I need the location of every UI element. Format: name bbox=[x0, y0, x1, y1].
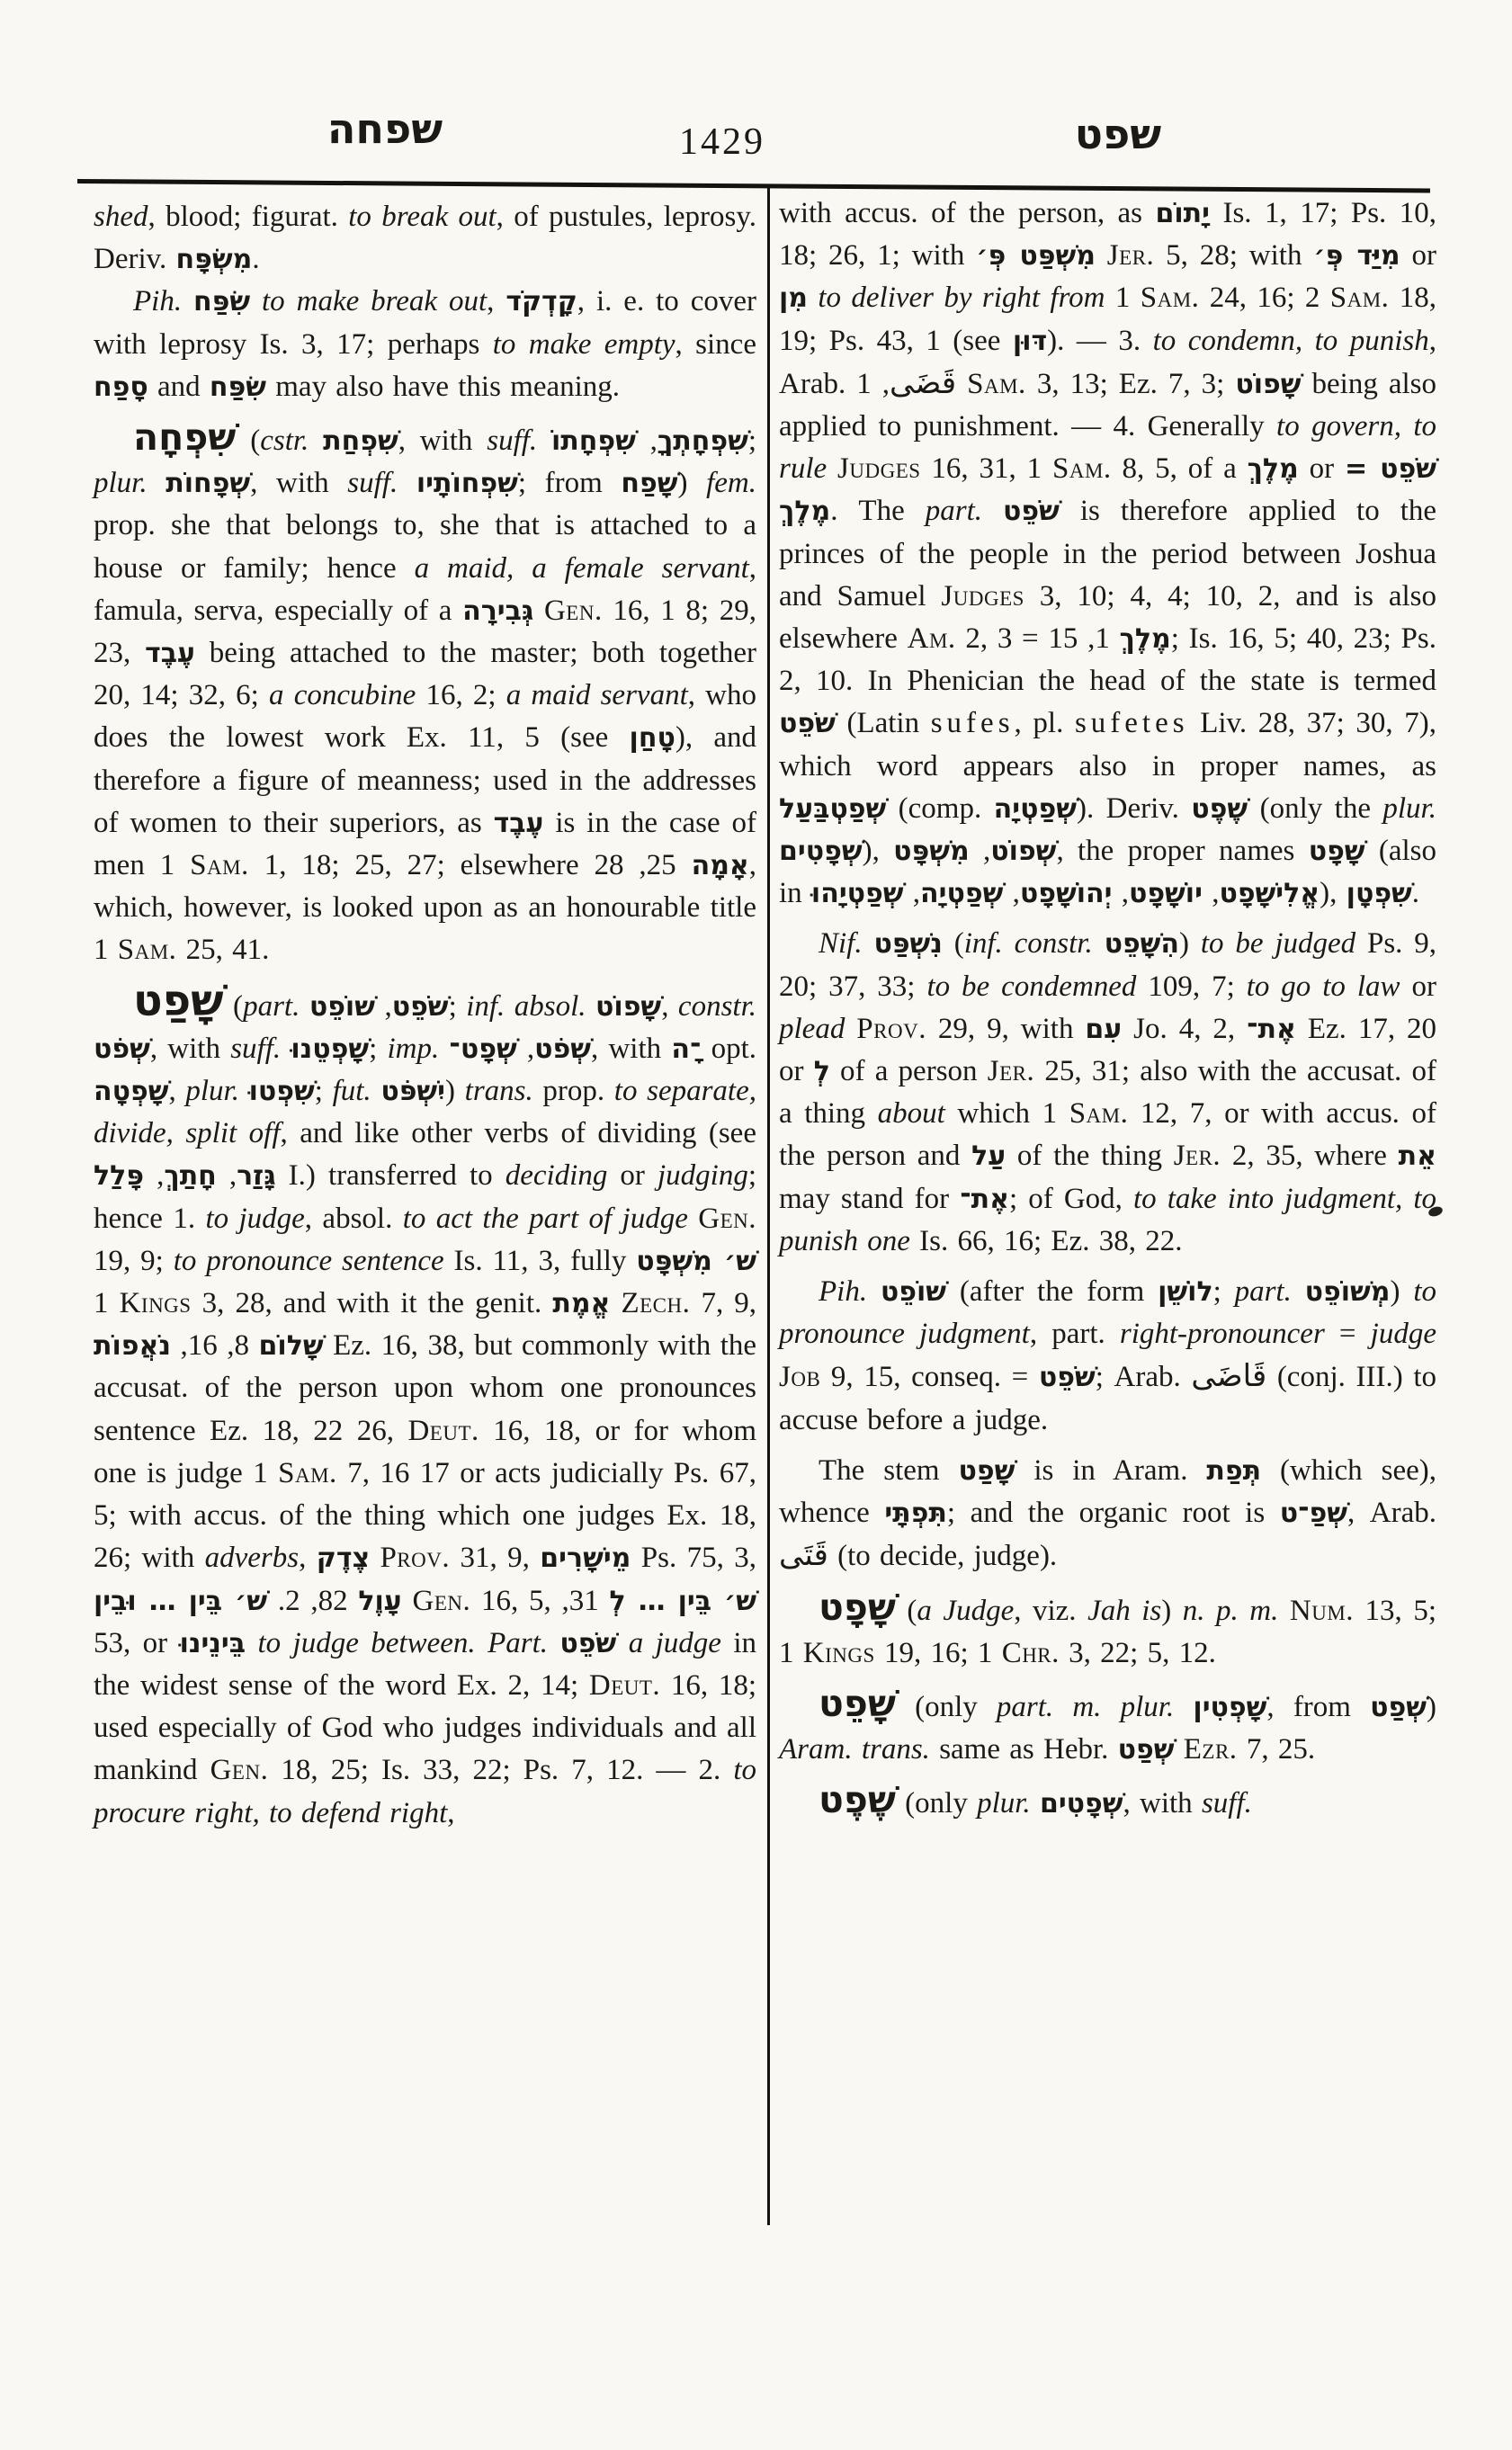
text-run: (comp. bbox=[886, 792, 993, 825]
hebrew-text: שְׁפֹט bbox=[534, 1033, 591, 1065]
hebrew-text: שׁ׳ בֵּין … לְ bbox=[610, 1586, 757, 1617]
italic-text: to deliver by right from bbox=[818, 282, 1105, 314]
hebrew-headword: שָׁפַט bbox=[133, 976, 224, 1026]
text-run: ) bbox=[1427, 1691, 1436, 1723]
hebrew-text: עַל bbox=[971, 1140, 1006, 1172]
hebrew-text: יוֹשָׁפָט bbox=[1129, 878, 1203, 909]
hebrew-text: טָחַן bbox=[630, 722, 675, 754]
hebrew-text: צֶדֶק bbox=[317, 1542, 370, 1574]
italic-text: judge bbox=[1371, 1318, 1436, 1350]
text-run: 25, 41. bbox=[176, 934, 269, 966]
text-run bbox=[982, 495, 1003, 527]
hebrew-text: גְּבִירָה bbox=[462, 595, 533, 627]
book-abbrev: Ezr. bbox=[1184, 1733, 1238, 1766]
page-number: 1429 bbox=[628, 121, 817, 164]
text-run: ( bbox=[224, 990, 243, 1023]
text-run bbox=[239, 1075, 249, 1107]
book-abbrev: Gen. bbox=[698, 1203, 756, 1235]
text-run: or bbox=[1299, 452, 1345, 485]
hebrew-text: שָׁפַח bbox=[621, 468, 677, 499]
italic-text: shed bbox=[94, 201, 148, 233]
hebrew-text: שִׁפְטוּ bbox=[249, 1076, 315, 1107]
text-run bbox=[309, 425, 323, 457]
book-abbrev: Prov. bbox=[856, 1013, 926, 1045]
hebrew-text: מִשְׁפַּט פְּ׳ bbox=[976, 240, 1096, 272]
book-abbrev: Kings bbox=[120, 1287, 192, 1319]
text-run: Is. 66, 16; Ez. 38, 22. bbox=[910, 1225, 1183, 1257]
hebrew-text: עָוֶל bbox=[358, 1586, 401, 1617]
hebrew-text: שִׁפְחַת bbox=[323, 425, 398, 457]
text-run: , bbox=[636, 425, 658, 457]
book-abbrev: Sam. bbox=[1141, 282, 1200, 314]
paragraph: Pih. שִׂפַּח to make break out, קָדְקֹד,… bbox=[94, 281, 756, 408]
text-run bbox=[371, 1075, 381, 1107]
text-run: 1 bbox=[1105, 282, 1141, 314]
hebrew-text: שֹׁפֵט bbox=[1039, 1362, 1096, 1393]
text-run: ; of God, bbox=[1009, 1183, 1133, 1215]
italic-text: plead bbox=[779, 1013, 845, 1045]
hebrew-text: אָמָה bbox=[692, 850, 749, 881]
text-run bbox=[586, 990, 595, 1023]
left-column: shed, blood; figurat. to break out, of p… bbox=[94, 196, 756, 1835]
hebrew-text: שְׁפַטְבַּעַל bbox=[779, 793, 886, 825]
paragraph: שֶׁפֶט (only plur. שְׁפָטִים, with suff. bbox=[779, 1779, 1436, 1825]
text-run: ; Arab. bbox=[1096, 1361, 1192, 1393]
text-run: 16, 31, 1 bbox=[921, 452, 1052, 485]
text-run: ( bbox=[896, 1595, 917, 1627]
text-run: ; bbox=[449, 990, 467, 1023]
book-abbrev: Deut. bbox=[589, 1669, 660, 1702]
hebrew-text: יִשְׁפֹּט bbox=[380, 1076, 445, 1107]
text-run bbox=[616, 1627, 628, 1659]
arabic-text: قَضَى bbox=[890, 365, 956, 401]
italic-text: adverbs bbox=[205, 1542, 299, 1574]
text-run: ; and the organic root is bbox=[947, 1497, 1280, 1529]
header-hebrew-word-right: שפט bbox=[1024, 110, 1212, 158]
italic-text: part. bbox=[243, 990, 300, 1023]
text-run: is in Aram. bbox=[1015, 1454, 1206, 1487]
book-abbrev: Job bbox=[779, 1361, 820, 1393]
hebrew-text: לְ bbox=[814, 1056, 830, 1087]
italic-text: to be condemned bbox=[926, 970, 1136, 1003]
hebrew-text: שְׁפוֹט bbox=[990, 836, 1056, 867]
text-run: Jo. 4, 2, bbox=[1122, 1013, 1247, 1045]
text-run bbox=[1096, 239, 1107, 272]
hebrew-text: נִשְׁפַּט bbox=[873, 928, 942, 960]
text-run: may also have this meaning. bbox=[266, 371, 620, 403]
text-run bbox=[246, 1627, 257, 1659]
text-run: , bbox=[217, 1159, 237, 1192]
hebrew-text: אֵת bbox=[1399, 1140, 1436, 1172]
text-run: , since bbox=[675, 328, 756, 361]
hebrew-text: שִׂפַּח bbox=[193, 286, 250, 317]
italic-text: plur. bbox=[94, 467, 148, 499]
hebrew-text: מֵישָׁרִים bbox=[540, 1542, 631, 1574]
hebrew-text: שְׁפַטְיָה bbox=[994, 793, 1077, 825]
italic-text: n. p. m. bbox=[1183, 1595, 1279, 1627]
text-run: of the thing bbox=[1006, 1140, 1174, 1172]
italic-text: to act the part of judge bbox=[403, 1203, 688, 1235]
text-run: (only bbox=[896, 1787, 977, 1820]
book-abbrev: Sam. bbox=[278, 1457, 337, 1489]
text-run: The stem bbox=[819, 1454, 959, 1487]
text-run bbox=[1031, 1787, 1040, 1820]
hebrew-text: שִׁפְחוֹתָיו bbox=[416, 468, 518, 499]
text-run: (to decide, judge). bbox=[828, 1540, 1057, 1572]
header-rule bbox=[77, 179, 1430, 192]
italic-text: to go to law bbox=[1247, 970, 1400, 1003]
text-run: , part. bbox=[1030, 1318, 1120, 1350]
paragraph: Nif. נִשְׁפַּט (inf. constr. הִשָּׁפֵט) … bbox=[779, 923, 1436, 1263]
text-run: , with bbox=[591, 1033, 671, 1065]
italic-text: Nif. bbox=[819, 927, 873, 960]
text-run: , pl. bbox=[1015, 707, 1075, 739]
italic-text: plur. bbox=[1382, 792, 1436, 825]
italic-text: suff. bbox=[1202, 1787, 1252, 1820]
text-run: Ps. 75, 3, bbox=[631, 1542, 756, 1574]
book-abbrev: Deut. bbox=[407, 1415, 479, 1447]
italic-text: to judge bbox=[205, 1203, 304, 1235]
paragraph: שָׁפֵט (only part. m. plur. שָׁפְטִין, f… bbox=[779, 1683, 1436, 1771]
hebrew-text: בֵּינֵינוּ bbox=[180, 1628, 246, 1659]
hebrew-text: גָּזַר bbox=[237, 1160, 275, 1192]
text-run bbox=[548, 1627, 559, 1659]
hebrew-text: שְׁפַ־ט bbox=[1280, 1498, 1347, 1529]
italic-text: Aram. trans. bbox=[779, 1733, 930, 1766]
text-run: with accus. of the person, as bbox=[779, 197, 1155, 229]
text-run: same as Hebr. bbox=[930, 1733, 1118, 1766]
text-run: , the proper names bbox=[1056, 835, 1308, 867]
italic-text: suff. bbox=[347, 467, 398, 499]
text-run: , bbox=[517, 1033, 534, 1065]
hebrew-text: נֹאֲפוֹת bbox=[94, 1330, 171, 1362]
text-run: which 1 bbox=[945, 1097, 1069, 1130]
text-run bbox=[1174, 1691, 1193, 1723]
hebrew-text: שִׁפְטָן bbox=[1346, 878, 1412, 909]
hebrew-text: אֱמֶת bbox=[552, 1288, 610, 1319]
hebrew-text: סָפַח bbox=[94, 371, 148, 403]
text-run bbox=[300, 990, 309, 1023]
hebrew-headword: שָׁפֵט bbox=[819, 1682, 896, 1725]
paragraph: Pih. שׁוֹפֵט (after the form לוֹשֵׁן; pa… bbox=[779, 1271, 1436, 1442]
text-run bbox=[476, 1627, 488, 1659]
italic-text: a maid servant bbox=[506, 679, 688, 711]
text-run: ( bbox=[236, 425, 260, 457]
text-run: ; bbox=[369, 1033, 387, 1065]
italic-text: to make break out bbox=[262, 285, 487, 317]
hebrew-text: דּוּן bbox=[1013, 326, 1047, 357]
text-run: , and like other verbs of dividing (see bbox=[280, 1117, 756, 1149]
book-abbrev: Sam. bbox=[190, 849, 249, 881]
text-run: 7, 9, bbox=[690, 1287, 756, 1319]
text-run: or bbox=[1400, 239, 1436, 272]
text-run: 3, 22; 5, 12. bbox=[1060, 1637, 1216, 1669]
hebrew-headword: שָׁפָט bbox=[819, 1586, 896, 1629]
book-abbrev: Jer. bbox=[988, 1055, 1034, 1087]
hebrew-text: שִׁפְחָתוֹ bbox=[551, 425, 636, 457]
text-run: ), bbox=[863, 835, 894, 867]
text-run: 8, 5, of a bbox=[1112, 452, 1248, 485]
arabic-text: قَتَى bbox=[779, 1537, 828, 1573]
paragraph: שָׁפָט (a Judge, viz. Jah is) n. p. m. N… bbox=[779, 1587, 1436, 1675]
italic-text: Part. bbox=[488, 1627, 548, 1659]
paragraph: שִׁפְחָה (cstr. שִׁפְחַת, with suff. שִׁ… bbox=[94, 416, 756, 972]
text-run: , from bbox=[1266, 1691, 1370, 1723]
text-run: 31, 9, bbox=[450, 1542, 540, 1574]
text-run: 16, 2; bbox=[416, 679, 505, 711]
hebrew-text: שָׁלוֹם bbox=[259, 1330, 324, 1362]
text-run bbox=[610, 1287, 621, 1319]
text-run: 16, 5, bbox=[470, 1585, 561, 1617]
text-run: , bbox=[1203, 877, 1220, 909]
column-divider bbox=[767, 187, 770, 2225]
italic-text: judging bbox=[658, 1159, 748, 1192]
text-run: ; from bbox=[518, 467, 622, 499]
italic-text: fut. bbox=[333, 1075, 371, 1107]
text-run: , bbox=[375, 990, 392, 1023]
text-run: . bbox=[1412, 877, 1419, 909]
book-abbrev: Num. bbox=[1290, 1595, 1354, 1627]
book-abbrev: Sam. bbox=[1052, 452, 1112, 485]
text-run: 2, 3 = bbox=[956, 622, 1049, 655]
hebrew-text: מִיַּד פְּ׳ bbox=[1313, 240, 1400, 272]
text-run: or bbox=[1400, 970, 1436, 1003]
hebrew-text: יְהוֹשָׁפָט bbox=[1020, 878, 1113, 909]
book-abbrev: Kings bbox=[803, 1637, 875, 1669]
book-abbrev: Zech. bbox=[621, 1287, 690, 1319]
hebrew-headword: שִׁפְחָה bbox=[133, 416, 236, 459]
arabic-text: قَاضَى bbox=[1191, 1358, 1266, 1394]
hebrew-text: מֶלֶךְ bbox=[1120, 623, 1171, 655]
italic-text: part. bbox=[1235, 1275, 1292, 1308]
hebrew-text: שָׁפְטָה bbox=[94, 1076, 168, 1107]
hebrew-text: שׁ׳ בֵּין … וּבֵין bbox=[94, 1586, 267, 1617]
text-run: opt. bbox=[701, 1033, 756, 1065]
text-run: ) bbox=[1161, 1595, 1183, 1627]
hebrew-text: קָדְקֹד bbox=[505, 286, 577, 317]
text-run: , with bbox=[150, 1033, 230, 1065]
text-run: 1 bbox=[94, 1287, 120, 1319]
text-run: and bbox=[148, 371, 210, 403]
text-run: 1, 18; 25, 27; elsewhere bbox=[249, 849, 595, 881]
text-run bbox=[533, 595, 544, 627]
text-run: prop. bbox=[533, 1075, 614, 1107]
text-run: , absol. bbox=[305, 1203, 403, 1235]
text-run bbox=[845, 1013, 856, 1045]
italic-text: inf. absol. bbox=[466, 990, 586, 1023]
text-run: 9, 15, conseq. = bbox=[820, 1361, 1039, 1393]
hebrew-text: שָׁפוֹט bbox=[595, 991, 661, 1023]
text-run: , Arab. bbox=[1347, 1497, 1436, 1529]
text-run: (Latin bbox=[836, 707, 931, 739]
hebrew-text: שֹׁפֵט bbox=[559, 1628, 616, 1659]
text-run: (only the bbox=[1248, 792, 1382, 825]
italic-text: constr. bbox=[678, 990, 756, 1023]
italic-text: to make empty bbox=[493, 328, 675, 361]
book-abbrev: Chr. bbox=[1002, 1637, 1060, 1669]
hebrew-text: פָּלַל bbox=[94, 1160, 144, 1192]
text-run: 82, 2. bbox=[267, 1585, 358, 1617]
paragraph: The stem שָׁפַט is in Aram. תְּפַת (whic… bbox=[779, 1450, 1436, 1578]
book-abbrev: Gen. bbox=[544, 595, 603, 627]
italic-text: to be judged bbox=[1201, 927, 1355, 960]
hebrew-text: שְׁפָחוֹת bbox=[166, 468, 250, 499]
text-run: of a person bbox=[830, 1055, 988, 1087]
hebrew-text: אֱלִישָׁפָט bbox=[1219, 878, 1320, 909]
text-run: (after the form bbox=[946, 1275, 1158, 1308]
text-run bbox=[398, 467, 416, 499]
text-run bbox=[1093, 927, 1105, 960]
italic-text: Pih. bbox=[133, 285, 193, 317]
text-run: 3, 13; Ez. 7, 3; bbox=[1026, 368, 1236, 400]
text-run: , bbox=[144, 1159, 164, 1192]
italic-text: part. bbox=[926, 495, 982, 527]
hebrew-text: מִשְׁפָּט bbox=[893, 836, 970, 867]
hebrew-text: תִּפְתָּי bbox=[884, 1498, 947, 1529]
text-run: , with bbox=[398, 425, 488, 457]
text-run bbox=[439, 1033, 449, 1065]
text-run: , bbox=[487, 285, 505, 317]
italic-text: a judge bbox=[629, 1627, 721, 1659]
text-run: , bbox=[661, 990, 678, 1023]
text-run bbox=[1292, 1275, 1305, 1308]
italic-text: Jah is bbox=[1087, 1595, 1161, 1627]
latin-spaced: sufes bbox=[931, 707, 1015, 739]
text-run: ; bbox=[1213, 1275, 1235, 1308]
paragraph: with accus. of the person, as יָתוֹם Is.… bbox=[779, 192, 1436, 915]
hebrew-text: שְׁפָטִים bbox=[779, 836, 863, 867]
hebrew-text: אֶת־ bbox=[960, 1184, 1009, 1215]
book-abbrev: Sam. bbox=[1069, 1097, 1129, 1130]
paragraph: שָׁפַט (part. שֹׁפֵט, שׁוֹפֵט; inf. abso… bbox=[94, 980, 756, 1835]
latin-spaced: sufetes bbox=[1075, 707, 1189, 739]
italic-text: about bbox=[878, 1097, 945, 1130]
hebrew-headword: שֶׁפֶט bbox=[819, 1778, 896, 1821]
italic-text: suff. bbox=[487, 425, 537, 457]
text-run bbox=[250, 285, 262, 317]
text-run: ), bbox=[1320, 877, 1346, 909]
text-run bbox=[808, 282, 818, 314]
text-run bbox=[1175, 1733, 1184, 1766]
text-run bbox=[148, 467, 166, 499]
text-run: , bbox=[168, 1075, 185, 1107]
italic-text: trans. bbox=[465, 1075, 533, 1107]
italic-text: suff. bbox=[230, 1033, 281, 1065]
text-run: , bbox=[970, 835, 991, 867]
book-abbrev: Gen. bbox=[210, 1754, 269, 1786]
text-run: ) bbox=[1391, 1275, 1414, 1308]
hebrew-text: שְׁפָט־ bbox=[449, 1033, 516, 1065]
italic-text: plur. bbox=[977, 1787, 1031, 1820]
text-run: , bbox=[904, 877, 921, 909]
header-hebrew-word-left: שפחה bbox=[268, 104, 502, 153]
italic-text: a Judge bbox=[917, 1595, 1014, 1627]
text-run: , viz. bbox=[1014, 1595, 1087, 1627]
text-run: ) bbox=[1179, 927, 1201, 960]
text-run: . The bbox=[830, 495, 926, 527]
text-run bbox=[370, 1542, 380, 1574]
italic-text: to condemn, to punish bbox=[1153, 325, 1429, 357]
italic-text: Pih. bbox=[819, 1275, 881, 1308]
text-run bbox=[402, 1585, 413, 1617]
text-run: = bbox=[1325, 1318, 1371, 1350]
book-abbrev: Sam. bbox=[118, 934, 177, 966]
right-column: with accus. of the person, as יָתוֹם Is.… bbox=[779, 192, 1436, 1826]
italic-text: imp. bbox=[387, 1033, 439, 1065]
text-run bbox=[827, 452, 837, 485]
book-abbrev: Prov. bbox=[380, 1542, 450, 1574]
text-run: or bbox=[607, 1159, 658, 1192]
text-run: 2, 35, where bbox=[1221, 1140, 1398, 1172]
hebrew-text: מִן bbox=[779, 282, 808, 314]
hebrew-text: שְׁפַט bbox=[1370, 1692, 1427, 1723]
italic-text: inf. constr. bbox=[964, 927, 1093, 960]
hebrew-text: תְּפַת bbox=[1206, 1455, 1261, 1487]
book-abbrev: Jer. bbox=[1107, 239, 1154, 272]
text-run: 19, 9; bbox=[94, 1245, 174, 1277]
hebrew-text: שָׁפְטֵנוּ bbox=[291, 1033, 369, 1065]
hebrew-text: שְׁפַטְיָהוּ bbox=[811, 878, 904, 909]
text-run: ( bbox=[943, 927, 964, 960]
text-run: ). — 3. bbox=[1047, 325, 1152, 357]
hebrew-text: שָׁפוֹט bbox=[1235, 369, 1301, 400]
text-run: , bbox=[1112, 877, 1129, 909]
hebrew-text: לוֹשֵׁן bbox=[1158, 1276, 1213, 1308]
scanned-page: שפחה 1429 שפט shed, blood; figurat. to b… bbox=[0, 0, 1512, 2450]
italic-text: to pronounce sentence bbox=[174, 1245, 444, 1277]
hebrew-text: שְׁפָטִים bbox=[1040, 1788, 1123, 1820]
italic-text: a concubine bbox=[269, 679, 416, 711]
italic-text: a maid, a female servant bbox=[415, 552, 749, 585]
text-run: , blood; figurat. bbox=[148, 201, 349, 233]
text-run: , with bbox=[250, 467, 347, 499]
text-run: , bbox=[447, 1797, 454, 1829]
hebrew-text: שָׁפַט bbox=[959, 1455, 1015, 1487]
italic-text: to break out bbox=[348, 201, 496, 233]
hebrew-text: שׁוֹפֵט bbox=[881, 1276, 946, 1308]
text-run: 29, 9, with bbox=[926, 1013, 1085, 1045]
hebrew-text: יָתוֹם bbox=[1155, 198, 1210, 229]
hebrew-text: עֶבֶד bbox=[145, 638, 195, 669]
book-abbrev: Sam. bbox=[967, 368, 1026, 400]
hebrew-text: ־ָה bbox=[671, 1033, 701, 1065]
italic-text: part. m. plur. bbox=[997, 1691, 1174, 1723]
text-run bbox=[281, 1033, 291, 1065]
hebrew-text: שִׁפְחָתְךָ bbox=[658, 425, 748, 457]
book-abbrev: Judges bbox=[941, 580, 1024, 612]
text-run: 3, 28, and with it the genit. bbox=[192, 1287, 553, 1319]
text-run bbox=[537, 425, 551, 457]
hebrew-text: חָתַךְ bbox=[164, 1160, 216, 1192]
hebrew-text: שֹׁפֵט bbox=[392, 991, 449, 1023]
book-abbrev: Am. bbox=[908, 622, 956, 655]
hebrew-text: עֶבֶד bbox=[494, 808, 544, 839]
text-run: ; bbox=[315, 1075, 333, 1107]
text-run: , bbox=[299, 1542, 317, 1574]
italic-text: right-pronouncer bbox=[1120, 1318, 1325, 1350]
text-run: ). Deriv. bbox=[1077, 792, 1191, 825]
hebrew-text: שִׂפַּח bbox=[210, 371, 266, 403]
paragraph: shed, blood; figurat. to break out, of p… bbox=[94, 196, 756, 281]
hebrew-text: שָׁפָט bbox=[1309, 836, 1365, 867]
hebrew-text: אֶת־ bbox=[1247, 1014, 1296, 1045]
text-run: . bbox=[252, 243, 259, 275]
text-run: 18, 25; Is. 33, 22; Ps. 7, 12. — 2. bbox=[268, 1754, 733, 1786]
hebrew-text: מֶלֶךְ bbox=[1248, 453, 1299, 485]
hebrew-text: עִם bbox=[1085, 1014, 1122, 1045]
italic-text: cstr. bbox=[260, 425, 309, 457]
text-run: ) bbox=[445, 1075, 465, 1107]
